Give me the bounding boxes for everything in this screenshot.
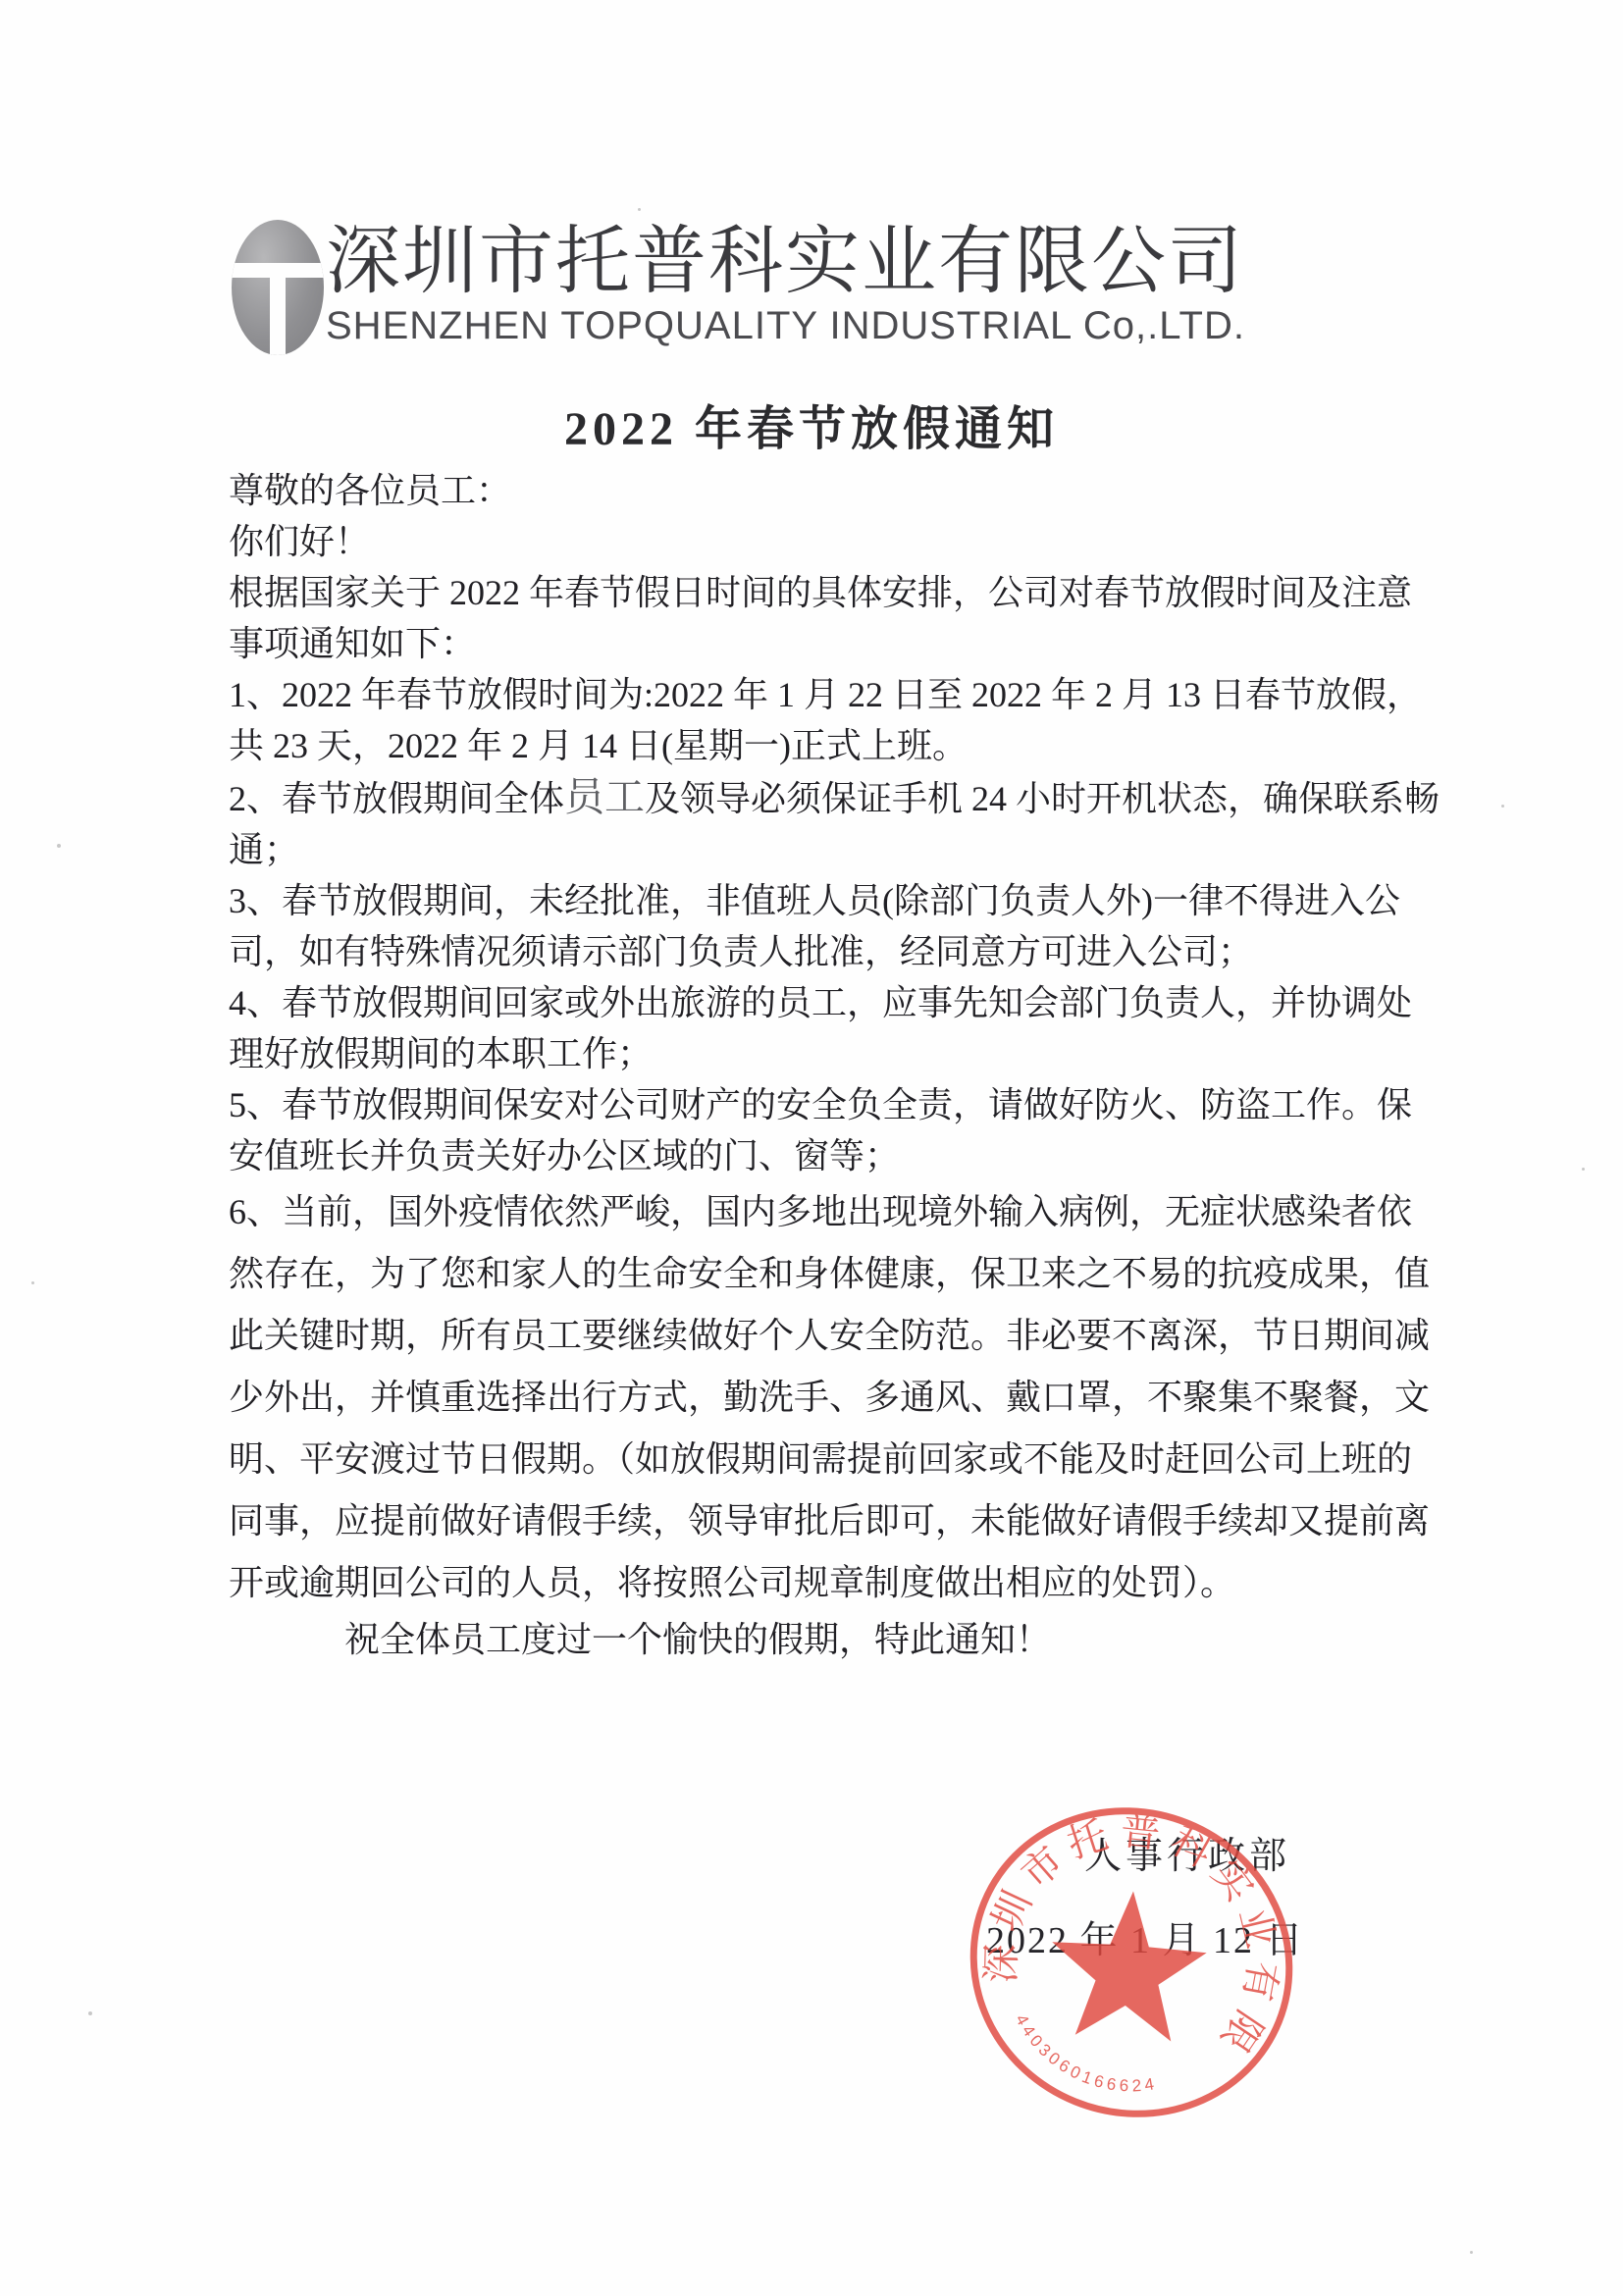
intro-paragraph: 根据国家关于 2022 年春节假日时间的具体安排，公司对春节放假时间及注意事项通…	[229, 567, 1445, 669]
item-2-inserted-text: 员工	[564, 774, 645, 819]
scan-speck	[88, 2011, 92, 2015]
item-5: 5、春节放假期间保安对公司财产的安全负全责，请做好防火、防盗工作。保安值班长并负…	[229, 1079, 1445, 1181]
logo-t-bar-vertical	[270, 263, 286, 355]
item-1: 1、2022 年春节放假时间为:2022 年 1 月 22 日至 2022 年 …	[229, 669, 1445, 771]
letterhead: 深圳市托普科实业有限公司 SHENZHEN TOPQUALITY INDUSTR…	[326, 222, 1307, 348]
company-name-chinese: 深圳市托普科实业有限公司	[326, 222, 1307, 304]
logo-circle-icon	[232, 220, 324, 355]
item-2: 2、春节放假期间全体员工及领导必须保证手机 24 小时开机状态，确保联系畅通；	[229, 771, 1445, 875]
item-3: 3、春节放假期间，未经批准，非值班人员(除部门负责人外)一律不得进入公司，如有特…	[229, 875, 1445, 977]
scan-speck	[31, 1281, 34, 1284]
scan-speck	[1470, 2251, 1473, 2254]
greeting: 你们好！	[229, 516, 1445, 567]
notice-body: 尊敬的各位员工： 你们好！ 根据国家关于 2022 年春节假日时间的具体安排，公…	[229, 465, 1445, 1665]
scan-speck	[638, 208, 641, 211]
notice-title: 2022 年春节放假通知	[0, 391, 1623, 458]
scan-speck	[1582, 1168, 1585, 1171]
item-6: 6、当前，国外疫情依然严峻，国内多地出现境外输入病例，无症状感染者依然存在，为了…	[229, 1181, 1445, 1614]
item-4: 4、春节放假期间回家或外出旅游的员工，应事先知会部门负责人，并协调处理好放假期间…	[229, 977, 1445, 1079]
company-name-english: SHENZHEN TOPQUALITY INDUSTRIAL Co,.LTD.	[326, 304, 1307, 348]
item-2-prefix: 2、春节放假期间全体	[229, 779, 564, 818]
scanned-notice-page: 深圳市托普科实业有限公司 SHENZHEN TOPQUALITY INDUSTR…	[0, 0, 1623, 2296]
scan-speck	[57, 844, 61, 848]
scan-speck	[1501, 805, 1504, 808]
closing-line: 祝全体员工度过一个愉快的假期，特此通知！	[229, 1614, 1445, 1665]
company-seal: 深圳市托普科实业有限公司 4403060166624	[960, 1803, 1303, 2131]
salutation: 尊敬的各位员工：	[229, 465, 1445, 516]
seal-star-icon	[1046, 1886, 1211, 2044]
company-logo	[232, 220, 324, 355]
